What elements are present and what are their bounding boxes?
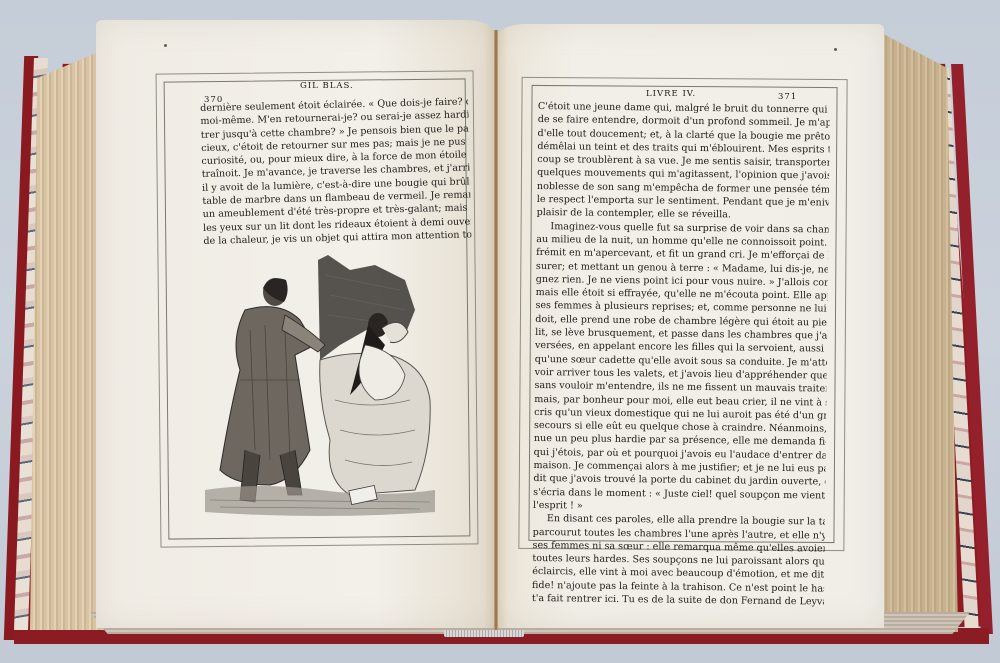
engraving-illustration xyxy=(200,250,440,520)
right-page-number: 371 xyxy=(778,92,797,102)
left-page-text: dernière seulement étoit éclairée. « Que… xyxy=(200,95,471,248)
woman-arm xyxy=(382,322,408,342)
page-block-right xyxy=(880,32,958,632)
left-running-head: GIL BLAS. xyxy=(300,81,354,91)
book-photo-scene: GIL BLAS. 370 dernière seulement étoit é… xyxy=(0,0,1000,663)
paper-speck xyxy=(834,48,837,51)
book-gutter xyxy=(494,30,498,630)
paper-speck xyxy=(164,44,167,47)
right-running-head: LIVRE IV. xyxy=(646,89,696,99)
bookmark-ribbon xyxy=(444,630,524,637)
right-page-text: C'étoit une jeune dame qui, malgré le br… xyxy=(532,100,830,609)
